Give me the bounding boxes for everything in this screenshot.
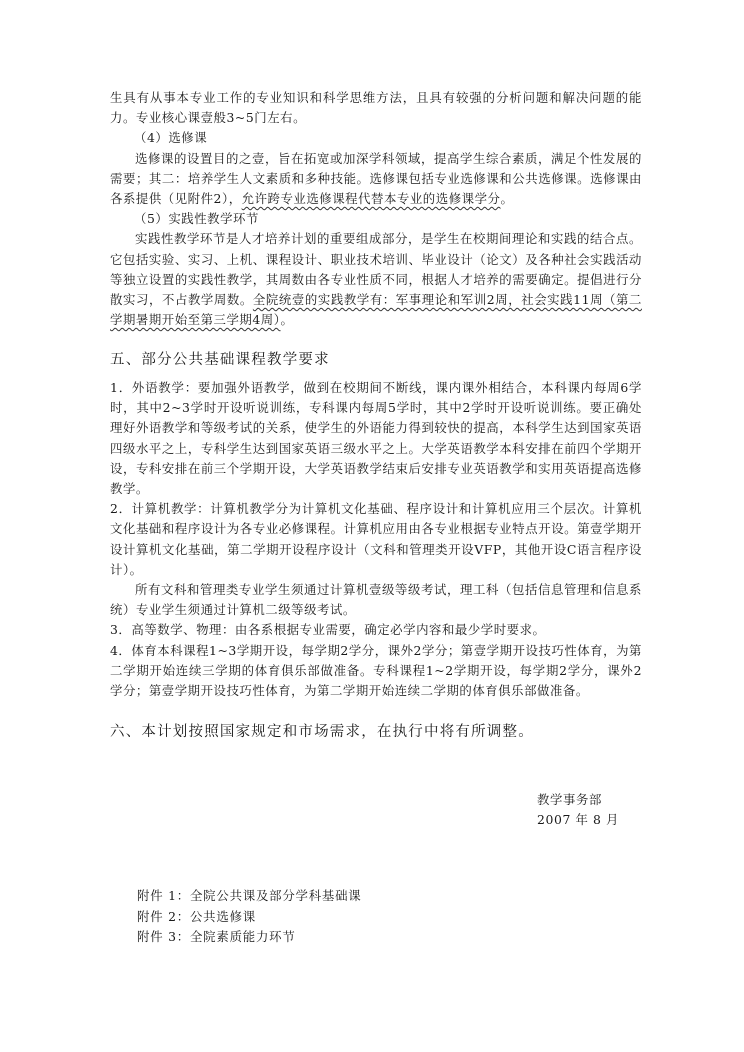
signature-date: 2007 年 8 月 (537, 810, 619, 830)
elective-text-end: 。 (500, 191, 513, 206)
section-5-body: 1．外语教学：要加强外语教学，做到在校期间不断线，课内课外相结合，本科课内每周6… (110, 378, 642, 701)
section-5-item-computer: 2．计算机教学：计算机教学分为计算机文化基础、程序设计和计算机应用三个层次。计算… (110, 499, 642, 580)
signature-department: 教学事务部 (537, 790, 619, 810)
signature-block: 教学事务部 2007 年 8 月 (537, 790, 619, 830)
elective-heading: （4）选修课 (110, 128, 642, 148)
elective-paragraph: 选修课的设置目的之壹，旨在拓宽或加深学科领域，提高学生综合素质，满足个性发展的需… (110, 149, 642, 210)
section-5-item-foreign-language: 1．外语教学：要加强外语教学，做到在校期间不断线，课内课外相结合，本科课内每周6… (110, 378, 642, 499)
top-text-block: 生具有从事本专业工作的专业知识和科学思维方法，且具有较强的分析问题和解决问题的能… (110, 88, 642, 330)
practice-heading: （5）实践性教学环节 (110, 209, 642, 229)
attachment-item-2: 附件 2：公共选修课 (137, 907, 361, 928)
section-5-item-math-physics: 3．高等数学、物理：由各系根据专业需要，确定必学内容和最少学时要求。 (110, 620, 642, 640)
section-5-item-physical-education: 4．体育本科课程1~3学期开设，每学期2学分，课外2学分；第壹学期开设技巧性体育… (110, 641, 642, 702)
elective-underlined-text: 允许跨专业选修课程代替本专业的选修课学分 (242, 191, 501, 206)
practice-paragraph: 实践性教学环节是人才培养计划的重要组成部分，是学生在校期间理论和实践的结合点。它… (110, 229, 642, 330)
section-5-title: 五、部分公共基础课程教学要求 (110, 348, 330, 369)
intro-paragraph: 生具有从事本专业工作的专业知识和科学思维方法，且具有较强的分析问题和解决问题的能… (110, 88, 642, 128)
document-page: 生具有从事本专业工作的专业知识和科学思维方法，且具有较强的分析问题和解决问题的能… (0, 0, 744, 1052)
attachment-item-1: 附件 1：全院公共课及部分学科基础课 (137, 886, 361, 907)
practice-text-end: 。 (280, 312, 293, 327)
attachments-list: 附件 1：全院公共课及部分学科基础课 附件 2：公共选修课 附件 3：全院素质能… (137, 886, 361, 948)
attachment-item-3: 附件 3：全院素质能力环节 (137, 927, 361, 948)
section-6-title: 六、本计划按照国家规定和市场需求，在执行中将有所调整。 (110, 720, 534, 741)
section-5-item-computer-exam: 所有文科和管理类专业学生须通过计算机壹级等级考试，理工科（包括信息管理和信息系统… (110, 580, 642, 620)
